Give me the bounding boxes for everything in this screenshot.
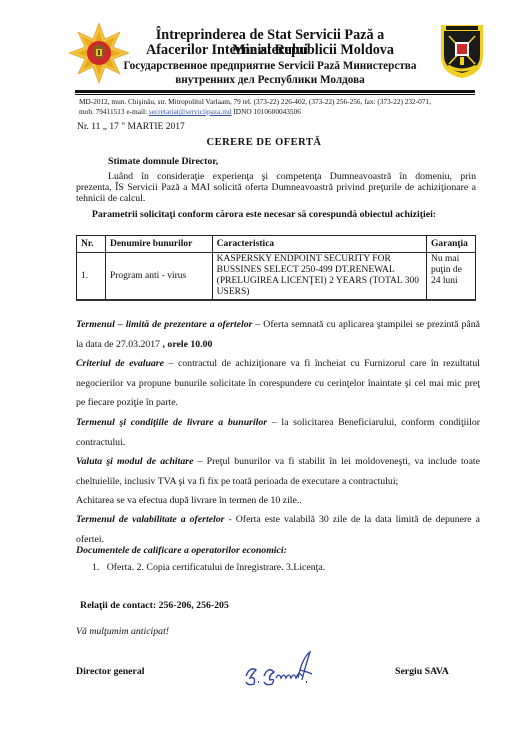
criteria-label: Criteriul de evaluare [76,358,164,369]
header-divider-thin [75,94,475,95]
shield-emblem-icon [438,22,486,80]
reference-number: Nr. 11 „ 17 " MARTIE 2017 [77,122,185,132]
section-docs-heading: Documentele de calificare a operatorilor… [76,541,480,561]
intro-rest: prezenta, ÎS Servicii Pază a MAI solicit… [76,182,476,204]
col-header-characteristics: Caracteristica [212,236,426,253]
docs-list-item: 1. Oferta. 2. Copia certificatului de în… [92,562,325,573]
table-header-row: Nr. Denumire bunurilor Caracteristica Ga… [77,236,476,253]
servicii-paza-shield-logo [438,22,486,80]
org-name-ru-line2: внутренних дел Республики Молдова [110,73,430,87]
deadline-time: , orele 10.00 [163,339,213,350]
intro-line1: Luând în consideraţie experienţa şi comp… [76,171,476,182]
salutation: Stimate domnule Director, [108,156,218,167]
handwritten-signature [240,648,320,688]
cell-name: Program anti - virus [105,253,212,301]
signer-title: Director general [76,666,144,677]
offer-table: Nr. Denumire bunurilor Caracteristica Ga… [76,235,476,301]
col-header-nr: Nr. [77,236,106,253]
section-payment: Achitarea se va efectua după livrare în … [76,491,480,511]
cell-warranty: Nu mai puţin de 24 luni [426,253,475,301]
thanks-note: Vă mulţumim anticipat! [76,626,169,637]
cell-nr: 1. [77,253,106,301]
org-name-ro-line2: Afacerilor Interne al Republicii Moldova [120,43,420,58]
docs-label: Documentele de calificare a operatorilor… [76,545,287,556]
org-address: MD-2012, mun. Chişinău, str. Mitropolitu… [79,97,479,117]
section-deadline: Termenul – limită de prezentare a oferte… [76,315,480,354]
cell-characteristics: KASPERSKY ENDPOINT SECURITY FOR BUSSINES… [212,253,426,301]
col-header-name: Denumire bunurilor [105,236,212,253]
currency-label: Valuta şi modul de achitare [76,456,193,467]
signer-name: Sergiu SAVA [395,666,449,677]
docs-item-text: Oferta. 2. Copia certificatului de înreg… [107,562,325,573]
params-heading: Parametrii solicitaţi conform cărora est… [0,209,528,220]
header-divider [75,90,475,93]
validity-label: Termenul de valabilitate a ofertelor [76,514,224,525]
section-currency: Valuta şi modul de achitare – Preţul bun… [76,452,480,491]
address-line1: MD-2012, mun. Chişinău, str. Mitropolitu… [79,97,479,107]
document-title: CERERE DE OFERTĂ [0,137,528,148]
address-idno: IDNO 1010600043506 [232,107,301,116]
deadline-label: Termenul – limită de prezentare a oferte… [76,319,252,330]
contact-info: Relaţii de contact: 256-206, 256-205 [80,600,229,611]
address-mobile: mob. 79411513 e-mail: [79,107,149,116]
intro-paragraph: Luând în consideraţie experienţa şi comp… [76,171,476,204]
section-criteria: Criteriul de evaluare – contractul de ac… [76,354,480,413]
col-header-warranty: Garanţia [426,236,475,253]
section-delivery: Termenul şi condiţiile de livrare a bunu… [76,413,480,452]
delivery-label: Termenul şi condiţiile de livrare a bunu… [76,417,267,428]
signature-icon [240,648,320,688]
org-name-ru-line1: Государственное предприятие Servicii Paz… [110,59,430,73]
email-link[interactable]: secretariat@serviciipaza.md [149,107,232,116]
table-row: 1. Program anti - virus KASPERSKY ENDPOI… [77,253,476,301]
docs-item-number: 1. [92,562,99,573]
address-line2: mob. 79411513 e-mail: secretariat@servic… [79,107,479,117]
